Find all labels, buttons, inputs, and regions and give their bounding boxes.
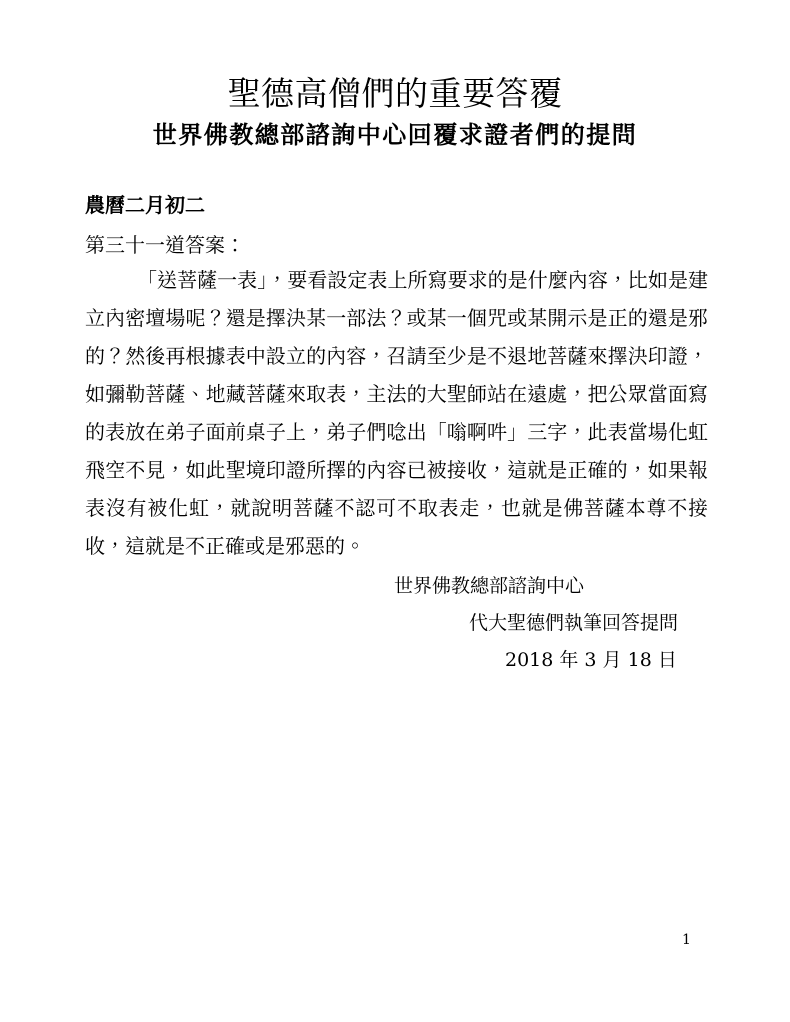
- signature-author: 代大聖德們執筆回答提問: [469, 612, 678, 635]
- signature-organization: 世界佛教總部諮詢中心: [394, 575, 584, 598]
- document-title: 聖德高僧們的重要答覆: [0, 74, 790, 114]
- lunar-date-heading: 農曆二月初二: [85, 193, 205, 217]
- answer-body-paragraph: 「送菩薩一表」，要看設定表上所寫要求的是什麼內容，比如是建立內密壇場呢？還是擇決…: [85, 261, 708, 565]
- page-number: 1: [682, 932, 691, 949]
- signature-date: 2018 年 3 月 18 日: [505, 649, 677, 672]
- document-page: 聖德高僧們的重要答覆 世界佛教總部諮詢中心回覆求證者們的提問 農曆二月初二 第三…: [0, 0, 790, 1022]
- answer-number-heading: 第三十一道答案：: [85, 233, 245, 257]
- document-subtitle: 世界佛教總部諮詢中心回覆求證者們的提問: [0, 119, 790, 150]
